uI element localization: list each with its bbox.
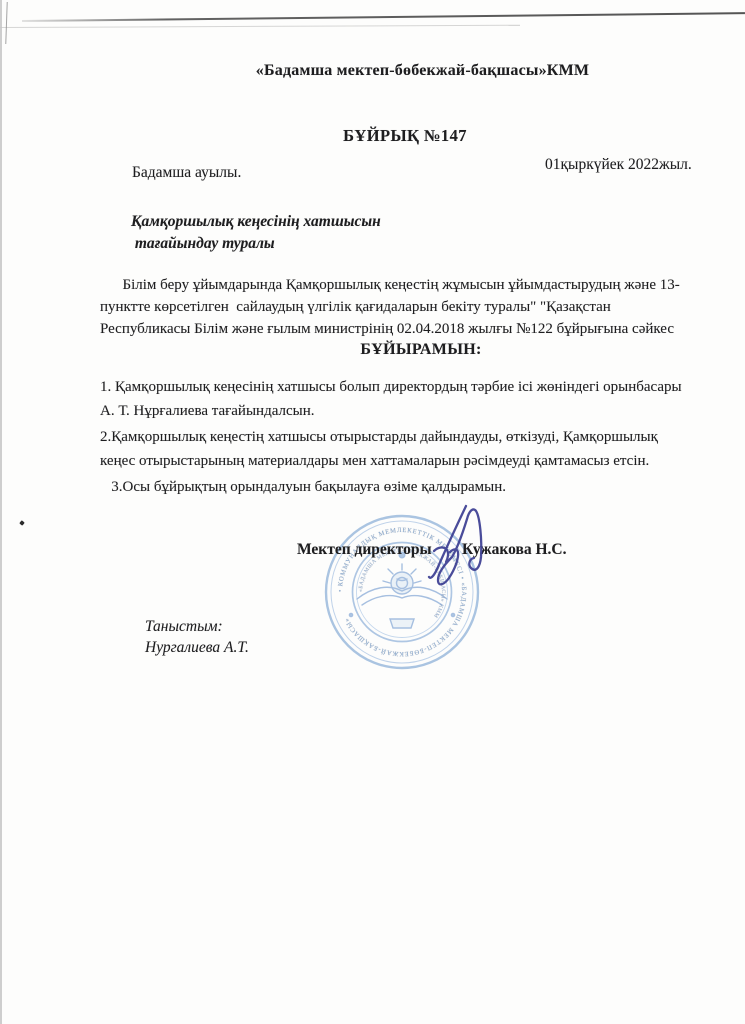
acknowledgement-name: Нургалиева А.Т. xyxy=(145,637,249,658)
order-date: 01қыркүйек 2022жыл. xyxy=(545,156,692,174)
scan-edge-mark xyxy=(5,2,8,44)
scan-ink-dot xyxy=(19,520,25,526)
order-title: БҰЙРЫҚ №147 xyxy=(150,126,660,146)
order-item-2: 2.Қамқоршылық кеңестің хатшысы отырыстар… xyxy=(100,425,690,473)
scan-page-edge xyxy=(0,0,2,1024)
resolution-heading: БҰЙЫРАМЫН: xyxy=(146,341,696,359)
order-preamble: Білім беру ұйымдарында Қамқоршылық кеңес… xyxy=(100,274,680,340)
order-item-1: 1. Қамқоршылық кеңесінің хатшысы болып д… xyxy=(100,375,690,423)
handwritten-signature-icon xyxy=(400,493,520,605)
scanned-order-document: «Бадамша мектеп-бөбекжай-бақшасы»КММ БҰЙ… xyxy=(0,0,745,1024)
order-place: Бадамша ауылы. xyxy=(132,164,241,182)
acknowledgement-label: Таныстым: xyxy=(145,616,249,637)
scan-fold-line-faint xyxy=(0,25,520,28)
order-item-3: 3.Осы бұйрықтың орындалуын бақылауға өзі… xyxy=(100,475,690,499)
scan-fold-line xyxy=(22,12,745,21)
acknowledgement-block: Таныстым: Нургалиева А.Т. xyxy=(145,616,249,658)
organization-name: «Бадамша мектеп-бөбекжай-бақшасы»КММ xyxy=(150,62,695,80)
order-subject: Қамқоршылық кеңесінің хатшысын тағайында… xyxy=(131,211,381,255)
